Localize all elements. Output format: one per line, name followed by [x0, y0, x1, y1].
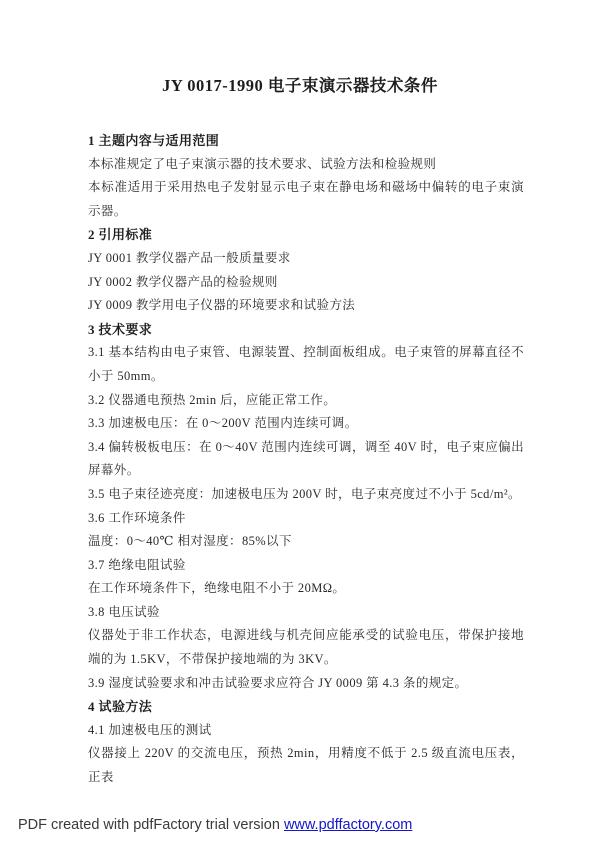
paragraph: 仪器处于非工作状态，电源进线与机壳间应能承受的试验电压，带保护接地端的为 1.5… — [88, 624, 524, 671]
paragraph: 仪器接上 220V 的交流电压，预热 2min，用精度不低于 2.5 级直流电压… — [88, 742, 524, 789]
paragraph: JY 0009 教学用电子仪器的环境要求和试验方法 — [88, 294, 524, 318]
paragraph: JY 0002 教学仪器产品的检验规则 — [88, 271, 524, 295]
paragraph: 3.1 基本结构由电子束管、电源装置、控制面板组成。电子束管的屏幕直径不小于 5… — [88, 341, 524, 388]
section-heading: 3 技术要求 — [88, 318, 524, 342]
paragraph: 3.8 电压试验 — [88, 601, 524, 625]
paragraph: 3.9 湿度试验要求和冲击试验要求应符合 JY 0009 第 4.3 条的规定。 — [88, 672, 524, 696]
paragraph: 3.6 工作环境条件 — [88, 507, 524, 531]
paragraph: 3.4 偏转极板电压：在 0～40V 范围内连续可调，调至 40V 时，电子束应… — [88, 436, 524, 483]
document-page: JY 0017-1990 电子束演示器技术条件 1 主题内容与适用范围本标准规定… — [0, 0, 600, 849]
paragraph: 本标准适用于采用热电子发射显示电子束在静电场和磁场中偏转的电子束演示器。 — [88, 176, 524, 223]
paragraph: 4.1 加速极电压的测试 — [88, 719, 524, 743]
pdf-watermark-text: PDF created with pdfFactory trial versio… — [18, 817, 284, 833]
section-heading: 1 主题内容与适用范围 — [88, 129, 524, 153]
document-body: 1 主题内容与适用范围本标准规定了电子束演示器的技术要求、试验方法和检验规则本标… — [88, 129, 524, 790]
document-title: JY 0017-1990 电子束演示器技术条件 — [0, 72, 600, 96]
pdf-watermark-footer: PDF created with pdfFactory trial versio… — [18, 817, 412, 833]
paragraph: 3.2 仪器通电预热 2min 后，应能正常工作。 — [88, 389, 524, 413]
section-heading: 2 引用标准 — [88, 223, 524, 247]
paragraph: 3.5 电子束径迹亮度：加速极电压为 200V 时，电子束亮度过不小于 5cd/… — [88, 483, 524, 507]
pdffactory-link[interactable]: www.pdffactory.com — [284, 817, 412, 833]
paragraph: 3.7 绝缘电阻试验 — [88, 554, 524, 578]
section-heading: 4 试验方法 — [88, 695, 524, 719]
paragraph: 在工作环境条件下，绝缘电阻不小于 20MΩ。 — [88, 577, 524, 601]
paragraph: 3.3 加速极电压：在 0～200V 范围内连续可调。 — [88, 412, 524, 436]
paragraph: 温度：0～40℃ 相对湿度：85%以下 — [88, 530, 524, 554]
paragraph: 本标准规定了电子束演示器的技术要求、试验方法和检验规则 — [88, 153, 524, 177]
paragraph: JY 0001 教学仪器产品一般质量要求 — [88, 247, 524, 271]
